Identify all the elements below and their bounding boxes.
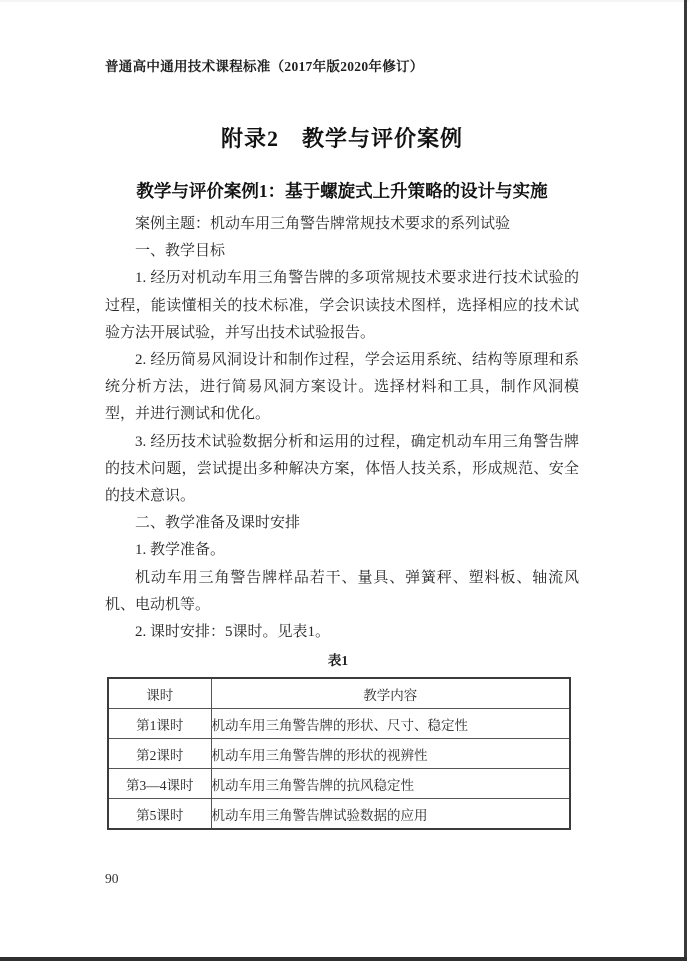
paragraph: 1. 教学准备。: [105, 537, 579, 564]
paragraph: 一、教学目标: [105, 238, 579, 265]
paragraph: 1. 经历对机动车用三角警告牌的多项常规技术要求进行技术试验的过程，能读懂相关的…: [105, 265, 579, 347]
page-edge-shadow-bottom: [0, 957, 687, 961]
session-cell: 第1课时: [108, 709, 211, 739]
page-edge-shadow-right: [684, 0, 687, 961]
column-header-session: 课时: [108, 678, 211, 709]
paragraph: 案例主题：机动车用三角警告牌常规技术要求的系列试验: [105, 211, 579, 238]
paragraph: 2. 经历简易风洞设计和制作过程，学会运用系统、结构等原理和系统分析方法，进行简…: [105, 347, 579, 429]
case-subtitle: 教学与评价案例1：基于螺旋式上升策略的设计与实施: [95, 178, 589, 203]
session-cell: 第3—4课时: [108, 769, 211, 799]
content-cell: 机动车用三角警告牌试验数据的应用: [211, 799, 570, 830]
page-top-edge: [0, 0, 689, 2]
paragraph: 2. 课时安排：5课时。见表1。: [105, 619, 579, 646]
document-page: 普通高中通用技术课程标准（2017年版2020年修订） 附录2 教学与评价案例 …: [0, 0, 689, 965]
paragraph: 机动车用三角警告牌样品若干、量具、弹簧秤、塑料板、轴流风机、电动机等。: [105, 565, 579, 619]
column-header-content: 教学内容: [211, 678, 570, 709]
content-cell: 机动车用三角警告牌的形状、尺寸、稳定性: [211, 709, 570, 739]
paragraph: 二、教学准备及课时安排: [105, 510, 579, 537]
content-cell: 机动车用三角警告牌的形状的视辨性: [211, 739, 570, 769]
schedule-table-body: 第1课时机动车用三角警告牌的形状、尺寸、稳定性第2课时机动车用三角警告牌的形状的…: [108, 709, 570, 830]
page-title: 附录2 教学与评价案例: [105, 122, 579, 153]
table-caption: 表1: [107, 649, 569, 669]
running-header: 普通高中通用技术课程标准（2017年版2020年修订）: [105, 55, 424, 75]
table-row: 第2课时机动车用三角警告牌的形状的视辨性: [108, 739, 570, 769]
session-cell: 第2课时: [108, 739, 211, 769]
table-header-row: 课时 教学内容: [108, 678, 570, 709]
body-paragraphs: 案例主题：机动车用三角警告牌常规技术要求的系列试验一、教学目标1. 经历对机动车…: [105, 211, 579, 646]
table-row: 第3—4课时机动车用三角警告牌的抗风稳定性: [108, 769, 570, 799]
table-row: 第1课时机动车用三角警告牌的形状、尺寸、稳定性: [108, 709, 570, 739]
session-cell: 第5课时: [108, 799, 211, 830]
content-cell: 机动车用三角警告牌的抗风稳定性: [211, 769, 570, 799]
paragraph: 3. 经历技术试验数据分析和运用的过程，确定机动车用三角警告牌的技术问题，尝试提…: [105, 429, 579, 511]
schedule-table: 课时 教学内容 第1课时机动车用三角警告牌的形状、尺寸、稳定性第2课时机动车用三…: [107, 677, 571, 830]
page-number: 90: [105, 871, 119, 887]
table-row: 第5课时机动车用三角警告牌试验数据的应用: [108, 799, 570, 830]
